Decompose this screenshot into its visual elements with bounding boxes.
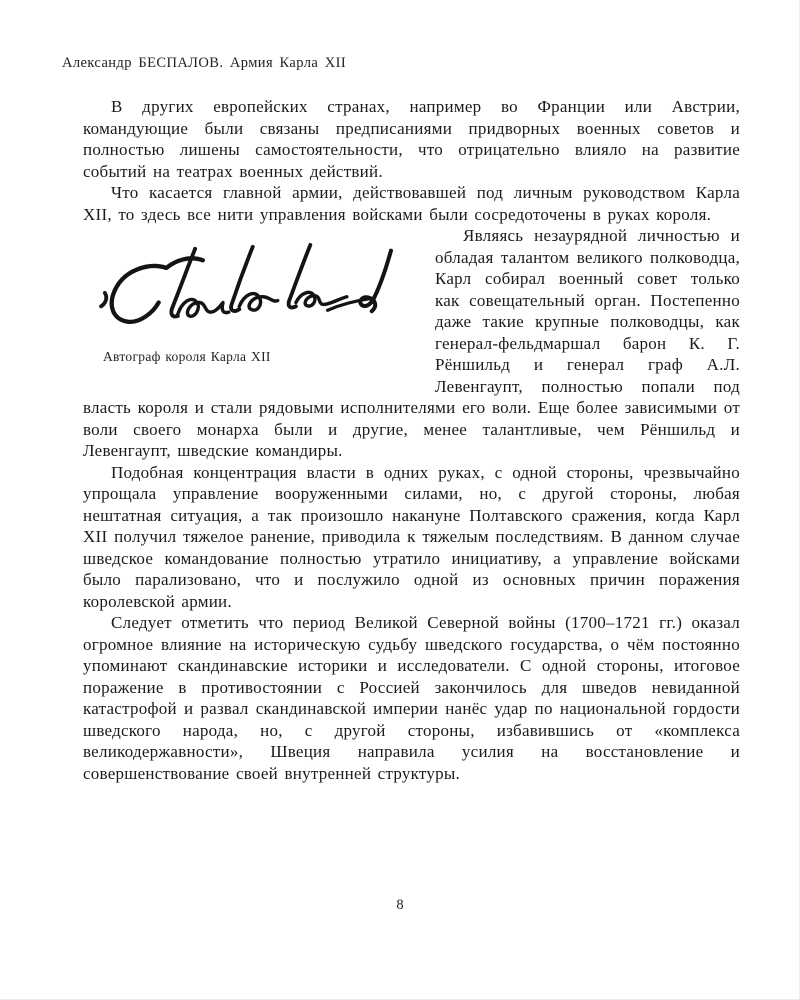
page-body: В других европейских странах, например в… — [83, 96, 740, 784]
paragraph-power-concentration: Подобная концентрация власти в одних рук… — [83, 462, 740, 613]
figure-caption: Автограф короля Карла XII — [83, 349, 413, 365]
running-header: Александр БЕСПАЛОВ. Армия Карла XII — [62, 55, 346, 72]
book-page: Александр БЕСПАЛОВ. Армия Карла XII В др… — [0, 0, 800, 1000]
paragraph-european-countries: В других европейских странах, например в… — [83, 96, 740, 182]
page-number: 8 — [0, 897, 800, 914]
signature-figure: Автограф короля Карла XII — [83, 231, 413, 365]
paragraph-main-army: Что касается главной армии, действовавше… — [83, 182, 740, 225]
paragraph-northern-war: Следует отметить что период Великой Севе… — [83, 612, 740, 784]
carolus-signature-icon — [83, 243, 409, 339]
